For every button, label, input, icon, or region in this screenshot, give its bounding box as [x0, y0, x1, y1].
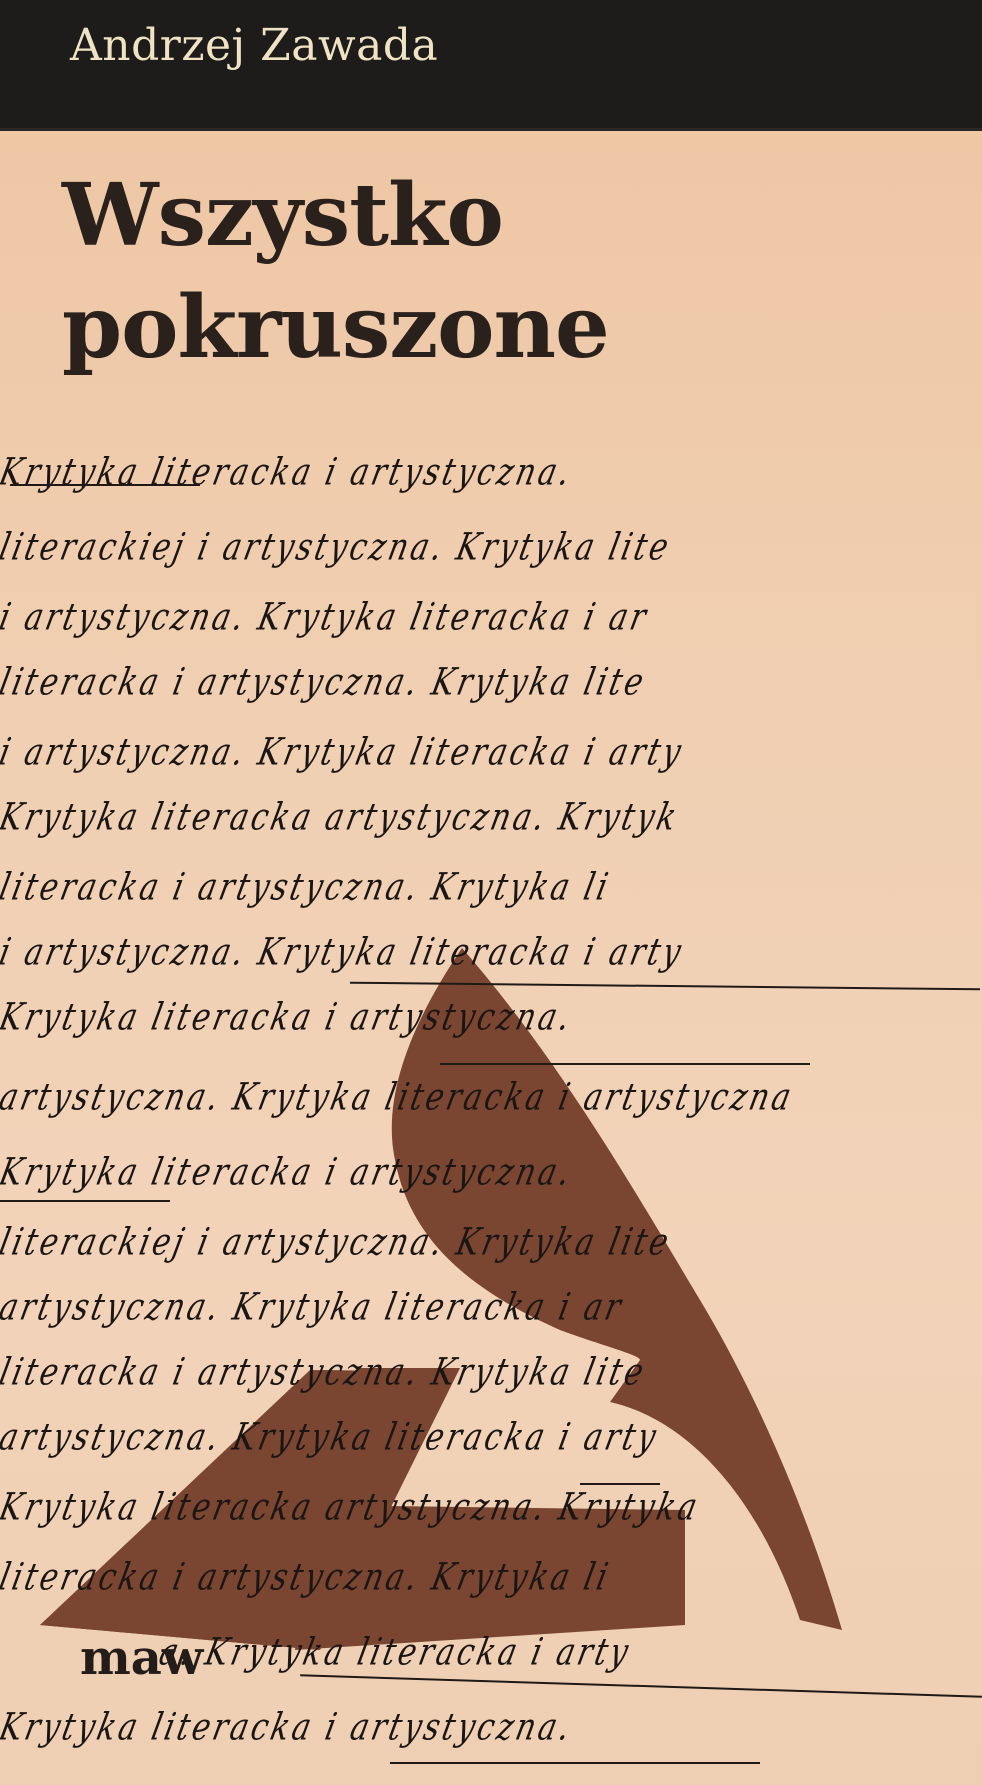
handwritten-line: artystyczna. Krytyka literacka i ar [0, 1286, 627, 1330]
handwritten-line: literackiej i artystyczna. Krytyka lite [0, 1221, 675, 1265]
handwritten-line: Krytyka literacka i artystyczna. [0, 996, 577, 1040]
ink-underline [10, 484, 200, 486]
author-band: Andrzej Zawada [0, 0, 982, 131]
ink-underline [350, 982, 980, 991]
ink-underline [0, 1200, 170, 1202]
book-cover: Krytyka literacka i artystyczna. literac… [0, 0, 982, 1785]
handwritten-line: literacka i artystyczna. Krytyka lite [0, 661, 650, 705]
handwritten-line: a. Krytyka literacka i arty [155, 1631, 635, 1675]
title-line-1: Wszystko [62, 160, 609, 272]
book-title: Wszystko pokruszone [62, 160, 609, 384]
handwritten-line: i artystyczna. Krytyka literacka i ar [0, 596, 653, 640]
ink-underline [580, 1483, 660, 1485]
handwritten-line: artystyczna. Krytyka literacka i arty [0, 1416, 662, 1460]
ink-underline [300, 1674, 982, 1697]
author-name: Andrzej Zawada [70, 20, 438, 71]
handwritten-line: literacka i artystyczna. Krytyka lite [0, 1351, 650, 1395]
handwritten-line: Krytyka literacka artystyczna. Krytyk [0, 796, 683, 840]
handwritten-line: Krytyka literacka i artystyczna. [0, 451, 577, 495]
ink-underline [390, 1762, 760, 1764]
handwritten-line: literacka i artystyczna. Krytyka li [0, 1556, 614, 1600]
handwritten-line: i artystyczna. Krytyka literacka i arty [0, 931, 688, 975]
title-line-2: pokruszone [62, 272, 609, 384]
handwritten-line: Krytyka literacka artystyczna. Krytyka [0, 1486, 704, 1530]
handwritten-line: Krytyka literacka i artystyczna. [0, 1706, 577, 1750]
handwritten-line: Krytyka literacka i artystyczna. [0, 1151, 577, 1195]
publisher-name: maw [80, 1630, 203, 1686]
handwritten-line: i artystyczna. Krytyka literacka i arty [0, 731, 688, 775]
ink-underline [440, 1063, 810, 1065]
handwritten-line: literacka i artystyczna. Krytyka li [0, 866, 614, 910]
handwritten-line: artystyczna. Krytyka literacka i artysty… [0, 1076, 798, 1120]
handwritten-line: literackiej i artystyczna. Krytyka lite [0, 526, 675, 570]
